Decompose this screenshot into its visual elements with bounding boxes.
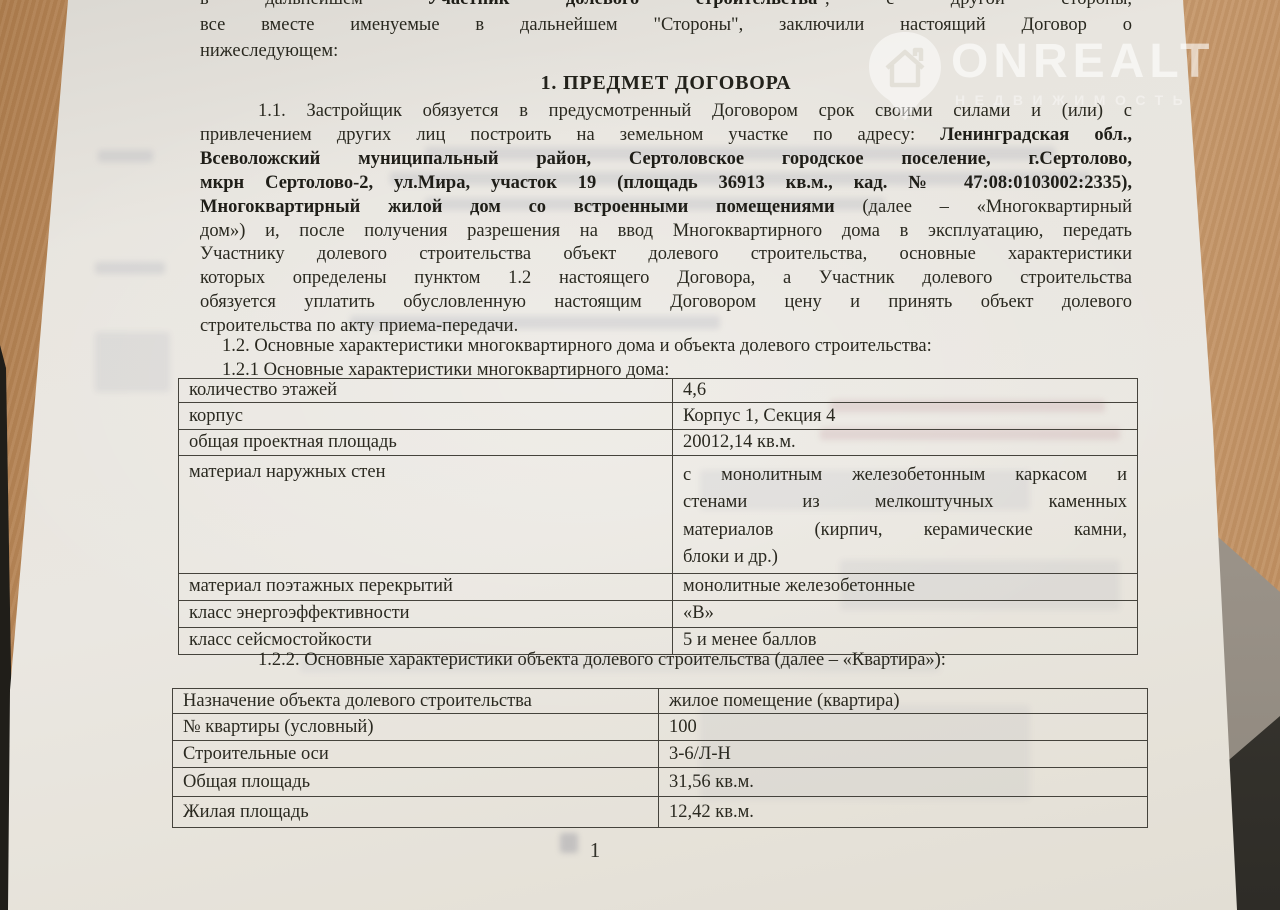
cell-label: класс энергоэффективности (179, 600, 673, 627)
cell-label: материал поэтажных перекрытий (179, 573, 673, 600)
preamble-cut-line: в дальнейшем "Участник долевого строител… (200, 0, 1132, 12)
cell-value: 100 (659, 714, 1148, 741)
table-row: Жилая площадь 12,42 кв.м. (173, 797, 1148, 828)
paragraph-line: обязуется уплатить обусловленную настоящ… (200, 291, 1132, 315)
cell-label: корпус (179, 403, 673, 430)
cell-value: 12,42 кв.м. (659, 797, 1148, 828)
cell-label: Назначение объекта долевого строительств… (173, 689, 659, 714)
cell-value: Корпус 1, Секция 4 (673, 403, 1138, 430)
building-characteristics-table: количество этажей 4,6 корпус Корпус 1, С… (178, 378, 1138, 655)
cell-value: монолитные железобетонные (673, 573, 1138, 600)
table-row: Общая площадь 31,56 кв.м. (173, 768, 1148, 797)
page-number: 1 (200, 838, 990, 863)
cell-value-line: материалов (кирпич, керамические камни, (683, 517, 1127, 544)
table-row: Строительные оси 3-6/Л-Н (173, 741, 1148, 768)
table-row: корпус Корпус 1, Секция 4 (179, 403, 1138, 430)
cell-value-line: с монолитным железобетонным каркасом и (683, 462, 1127, 489)
paragraph-line: которых определены пунктом 1.2 настоящег… (200, 267, 1132, 291)
cell-label: количество этажей (179, 379, 673, 403)
paragraph-line: Всеволожский муниципальный район, Сертол… (200, 148, 1132, 172)
clause-1-2-line: 1.2. Основные характеристики многокварти… (200, 334, 1132, 358)
show-through-artifact (95, 332, 170, 392)
cell-value: 20012,14 кв.м. (673, 430, 1138, 456)
show-through-artifact (95, 262, 165, 274)
cell-label: Строительные оси (173, 741, 659, 768)
cell-label: № квартиры (условный) (173, 714, 659, 741)
paragraph-line: Многоквартирный жилой дом со встроенными… (200, 196, 1132, 220)
cell-value-line: блоки и др.) (683, 544, 1127, 571)
table-row: общая проектная площадь 20012,14 кв.м. (179, 430, 1138, 456)
apartment-characteristics-table: Назначение объекта долевого строительств… (172, 688, 1148, 828)
table-row: материал поэтажных перекрытий монолитные… (179, 573, 1138, 600)
cell-value: 4,6 (673, 379, 1138, 403)
cell-value: 3-6/Л-Н (659, 741, 1148, 768)
photo-of-contract-on-desk: в дальнейшем "Участник долевого строител… (0, 0, 1280, 910)
preamble-text: в дальнейшем " (200, 0, 427, 9)
house-pin-icon (865, 30, 945, 122)
table-row: Назначение объекта долевого строительств… (173, 689, 1148, 714)
watermark-tagline-text: НЕДВИЖИМОСТЬ (955, 92, 1192, 108)
cell-label: материал наружных стен (179, 456, 673, 574)
table-row: количество этажей 4,6 (179, 379, 1138, 403)
table-row: материал наружных стен с монолитным желе… (179, 456, 1138, 574)
clause-1-2-2-line: 1.2.2. Основные характеристики объекта д… (200, 648, 1132, 672)
preamble-text: ", с другой стороны, (817, 0, 1132, 9)
cell-value: 31,56 кв.м. (659, 768, 1148, 797)
cell-label: общая проектная площадь (179, 430, 673, 456)
document-content: в дальнейшем "Участник долевого строител… (0, 0, 1280, 910)
cell-value: с монолитным железобетонным каркасом и с… (673, 456, 1138, 574)
preamble-bold-text: Участник долевого строительства (427, 0, 818, 9)
paragraph-line: мкрн Сертолово-2, ул.Мира, участок 19 (п… (200, 172, 1132, 196)
cell-label: Общая площадь (173, 768, 659, 797)
cell-label: Жилая площадь (173, 797, 659, 828)
paragraph-line: Участнику долевого строительства объект … (200, 243, 1132, 267)
paper-sheet: в дальнейшем "Участник долевого строител… (0, 0, 1280, 910)
table-row: № квартиры (условный) 100 (173, 714, 1148, 741)
cell-value-line: стенами из мелкоштучных каменных (683, 489, 1127, 516)
cell-value: жилое помещение (квартира) (659, 689, 1148, 714)
table-row: класс энергоэффективности «В» (179, 600, 1138, 627)
watermark-brand-text: ONREALT (951, 34, 1214, 89)
paragraph-line: привлечением других лиц построить на зем… (200, 124, 1132, 148)
onrealt-watermark: ONREALT НЕДВИЖИМОСТЬ (865, 30, 1250, 122)
show-through-artifact (98, 150, 153, 162)
paragraph-line: дом») и, после получения разрешения на в… (200, 220, 1132, 244)
clause-1-1-paragraph: 1.1. Застройщик обязуется в предусмотрен… (200, 100, 1132, 339)
cell-value: «В» (673, 600, 1138, 627)
